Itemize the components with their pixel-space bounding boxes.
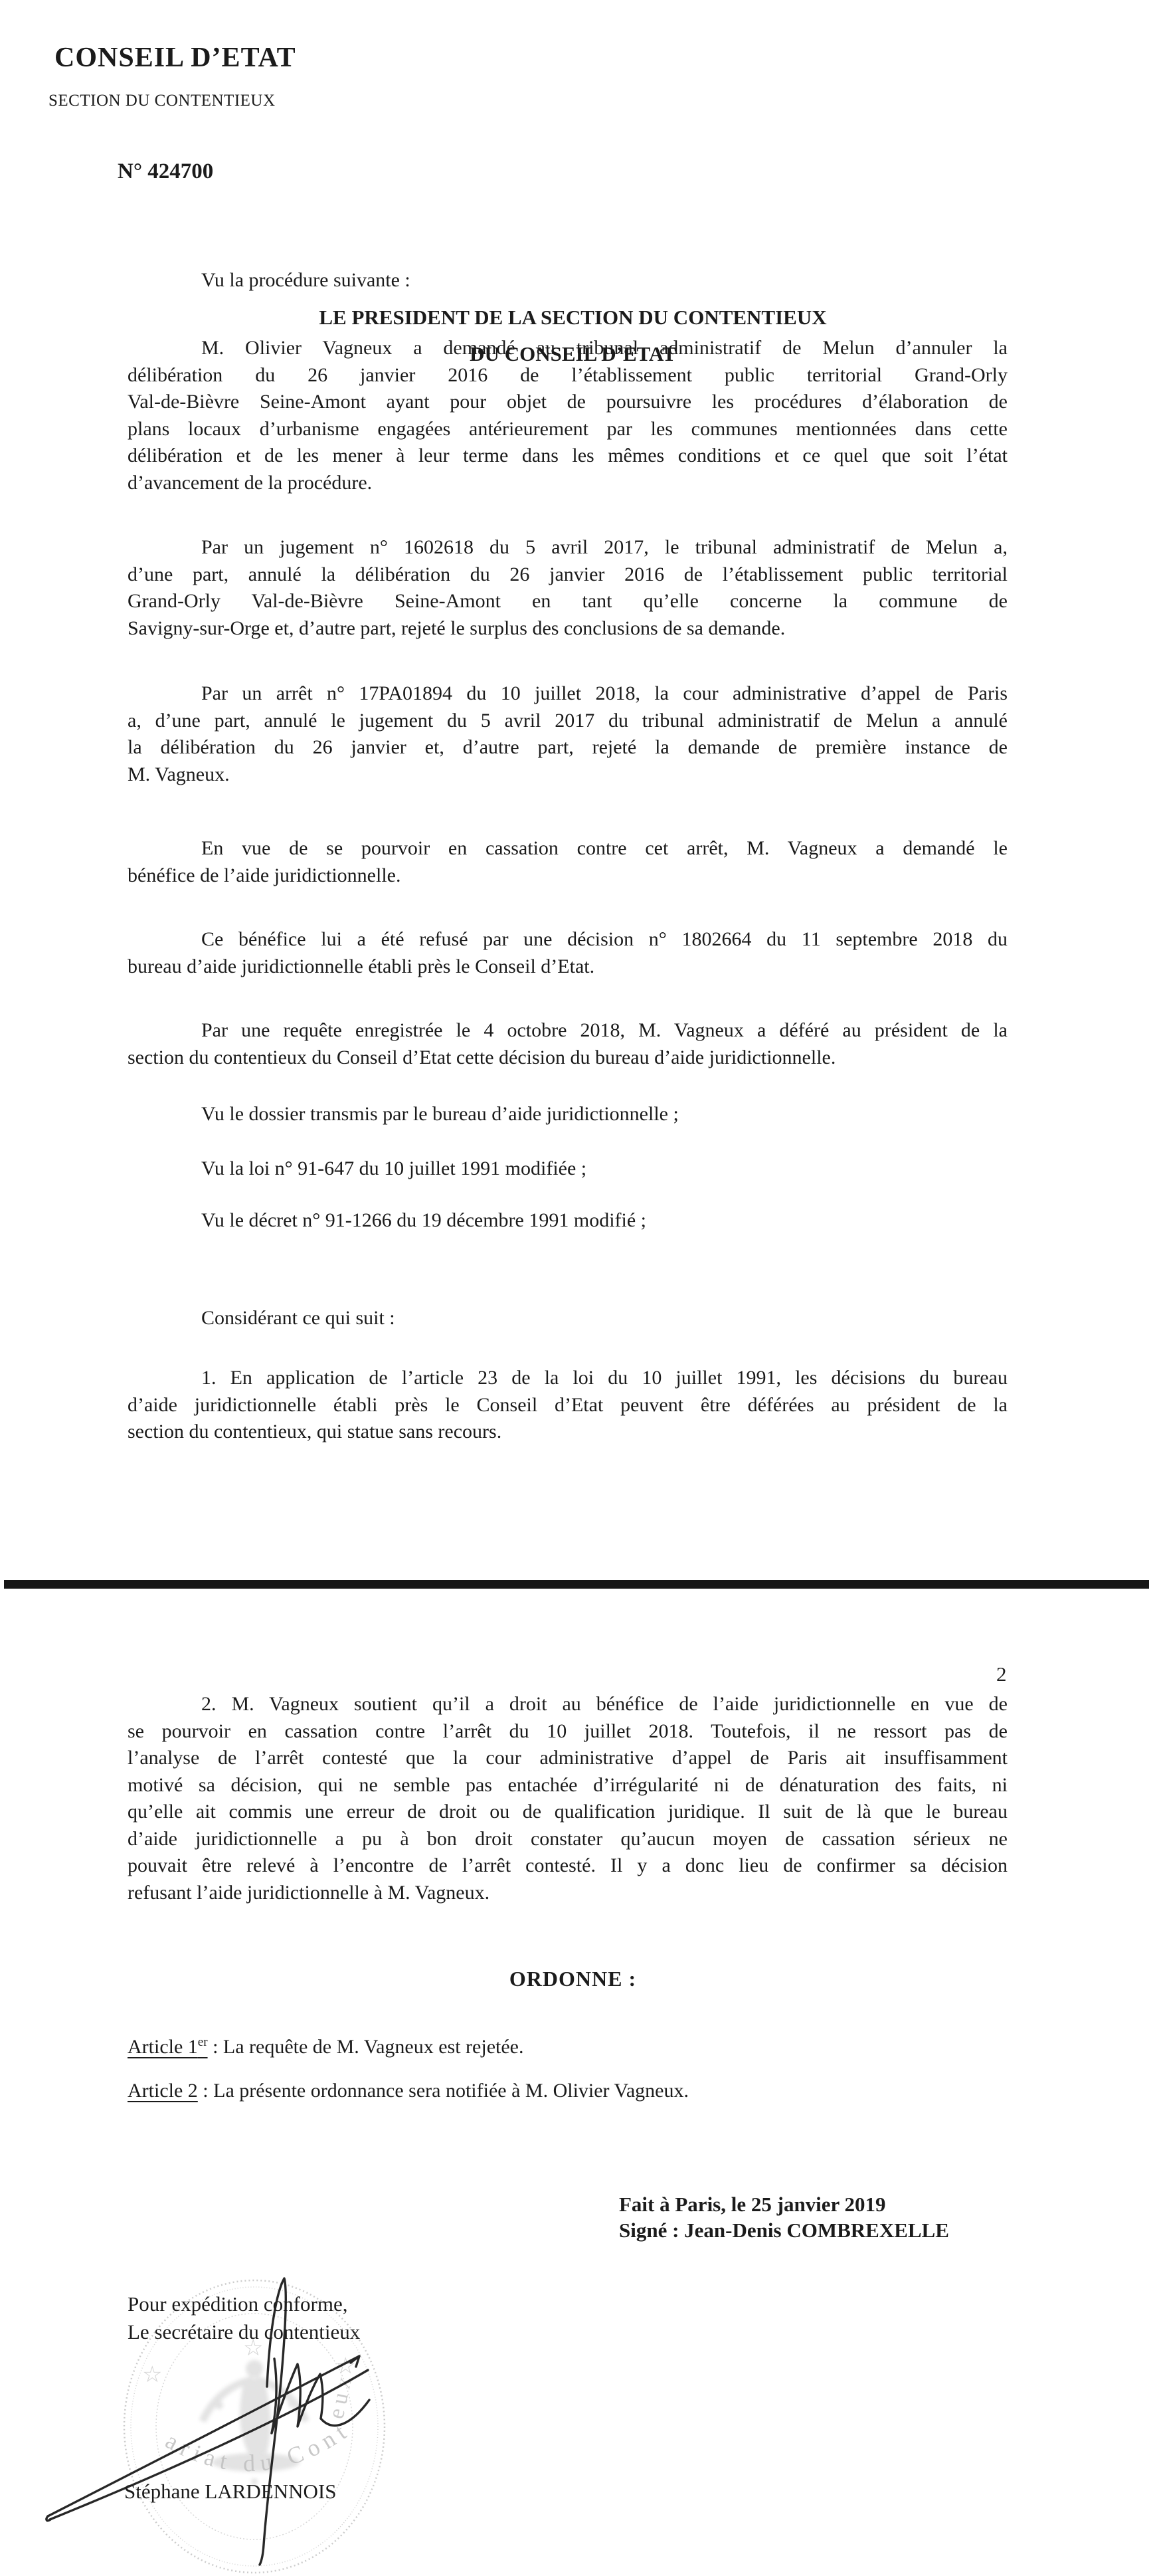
decision-title-line-1: LE PRESIDENT DE LA SECTION DU CONTENTIEU… — [133, 299, 1013, 336]
article-1-text: : La requête de M. Vagneux est rejetée. — [208, 2036, 524, 2058]
document-line: qu’elle ait commis une erreur de droit o… — [128, 1799, 1008, 1826]
document-line: refusant l’aide juridictionnelle à M. Va… — [128, 1880, 1008, 1907]
paragraph-facts-1: M. Olivier Vagneux a demandé au tribunal… — [128, 335, 1008, 496]
article-2-row: Article 2 : La présente ordonnance sera … — [128, 2073, 1057, 2104]
paragraph-judgment: Par un jugement n° 1602618 du 5 avril 20… — [128, 534, 1008, 642]
document-line: bureau d’aide juridictionnelle établi pr… — [128, 953, 1008, 981]
paragraph-cassation: En vue de se pourvoir en cassation contr… — [128, 835, 1008, 889]
page-separator — [4, 1580, 1149, 1589]
document-line: a, d’une part, annulé le jugement du 5 a… — [128, 708, 1008, 735]
document-line: d’aide juridictionnelle établi près le C… — [128, 1392, 1008, 1419]
visa-decret: Vu le décret n° 91-1266 du 19 décembre 1… — [128, 1207, 1008, 1234]
document-line: se pourvoir en cassation contre l’arrêt … — [128, 1718, 1008, 1745]
procedure-intro: Vu la procédure suivante : — [128, 267, 1008, 294]
document-line: Par une requête enregistrée le 4 octobre… — [128, 1017, 1008, 1044]
article-2-text: : La présente ordonnance sera notifiée à… — [198, 2080, 689, 2102]
signature-attribution: Signé : Jean-Denis COMBREXELLE — [619, 2219, 949, 2242]
certification-line-2: Le secrétaire du contentieux — [128, 2320, 360, 2344]
secretary-name: Stéphane LARDENNOIS — [124, 2480, 336, 2504]
considerant-intro: Considérant ce qui suit : — [128, 1305, 1008, 1332]
page-1: CONSEIL D’ETAT SECTION DU CONTENTIEUX N°… — [0, 0, 1153, 1580]
paragraph-point-1: 1. En application de l’article 23 de la … — [128, 1365, 1008, 1446]
document-line: 1. En application de l’article 23 de la … — [128, 1365, 1008, 1392]
document-line: motivé sa décision, qui ne semble pas en… — [128, 1772, 1008, 1799]
visa-loi: Vu la loi n° 91-647 du 10 juillet 1991 m… — [128, 1155, 1008, 1182]
document-line: M. Olivier Vagneux a demandé au tribunal… — [128, 335, 1008, 362]
document-line: la délibération du 26 janvier et, d’autr… — [128, 734, 1008, 761]
case-number: N° 424700 — [118, 159, 213, 184]
document-line: Savigny-sur-Orge et, d’autre part, rejet… — [128, 615, 1008, 643]
document-line: M. Vagneux. — [128, 761, 1008, 789]
scanned-legal-document: { "header": { "institution": "CONSEIL D’… — [0, 0, 1153, 2576]
paragraph-refusal: Ce bénéfice lui a été refusé par une déc… — [128, 926, 1008, 980]
document-line: plans locaux d’urbanisme engagées antéri… — [128, 416, 1008, 443]
document-line: Val-de-Bièvre Seine-Amont ayant pour obj… — [128, 389, 1008, 416]
document-line: bénéfice de l’aide juridictionnelle. — [128, 862, 1008, 890]
document-line: d’aide juridictionnelle a pu à bon droit… — [128, 1826, 1008, 1853]
document-line: Ce bénéfice lui a été refusé par une déc… — [128, 926, 1008, 953]
dateline: Fait à Paris, le 25 janvier 2019 — [619, 2193, 886, 2217]
paragraph-appeal: Par un arrêt n° 17PA01894 du 10 juillet … — [128, 680, 1008, 788]
paragraph-request: Par une requête enregistrée le 4 octobre… — [128, 1017, 1008, 1071]
document-line: délibération du 26 janvier 2016 de l’éta… — [128, 362, 1008, 389]
document-line: section du contentieux, qui statue sans … — [128, 1419, 1008, 1446]
document-line: d’avancement de la procédure. — [128, 470, 1008, 497]
document-line: délibération et de les mener à leur term… — [128, 443, 1008, 470]
document-line: d’une part, annulé la délibération du 26… — [128, 561, 1008, 589]
document-line: section du contentieux du Conseil d’Etat… — [128, 1044, 1008, 1072]
article-1-row: Article 1er : La requête de M. Vagneux e… — [128, 2029, 1057, 2060]
institution-name: CONSEIL D’ETAT — [54, 42, 296, 74]
page-number: 2 — [996, 1662, 1007, 1686]
document-line: pouvait être relevé à l’encontre de l’ar… — [128, 1852, 1008, 1880]
document-line: Par un jugement n° 1602618 du 5 avril 20… — [128, 534, 1008, 561]
ordonne-heading: ORDONNE : — [133, 1967, 1013, 1991]
document-line: Grand-Orly Val-de-Bièvre Seine-Amont en … — [128, 588, 1008, 615]
document-line: Par un arrêt n° 17PA01894 du 10 juillet … — [128, 680, 1008, 708]
visa-dossier: Vu le dossier transmis par le bureau d’a… — [128, 1101, 1008, 1128]
document-line: En vue de se pourvoir en cassation contr… — [128, 835, 1008, 862]
paragraph-point-2: 2. M. Vagneux soutient qu’il a droit au … — [128, 1691, 1008, 1906]
certification-line-1: Pour expédition conforme, — [128, 2292, 347, 2316]
article-1-label: Article 1er — [128, 2036, 208, 2058]
section-name: SECTION DU CONTENTIEUX — [48, 92, 276, 110]
article-1-superscript: er — [198, 2035, 208, 2049]
article-2-label: Article 2 — [128, 2080, 198, 2102]
document-line: l’analyse de l’arrêt contesté que la cou… — [128, 1745, 1008, 1772]
document-line: 2. M. Vagneux soutient qu’il a droit au … — [128, 1691, 1008, 1718]
